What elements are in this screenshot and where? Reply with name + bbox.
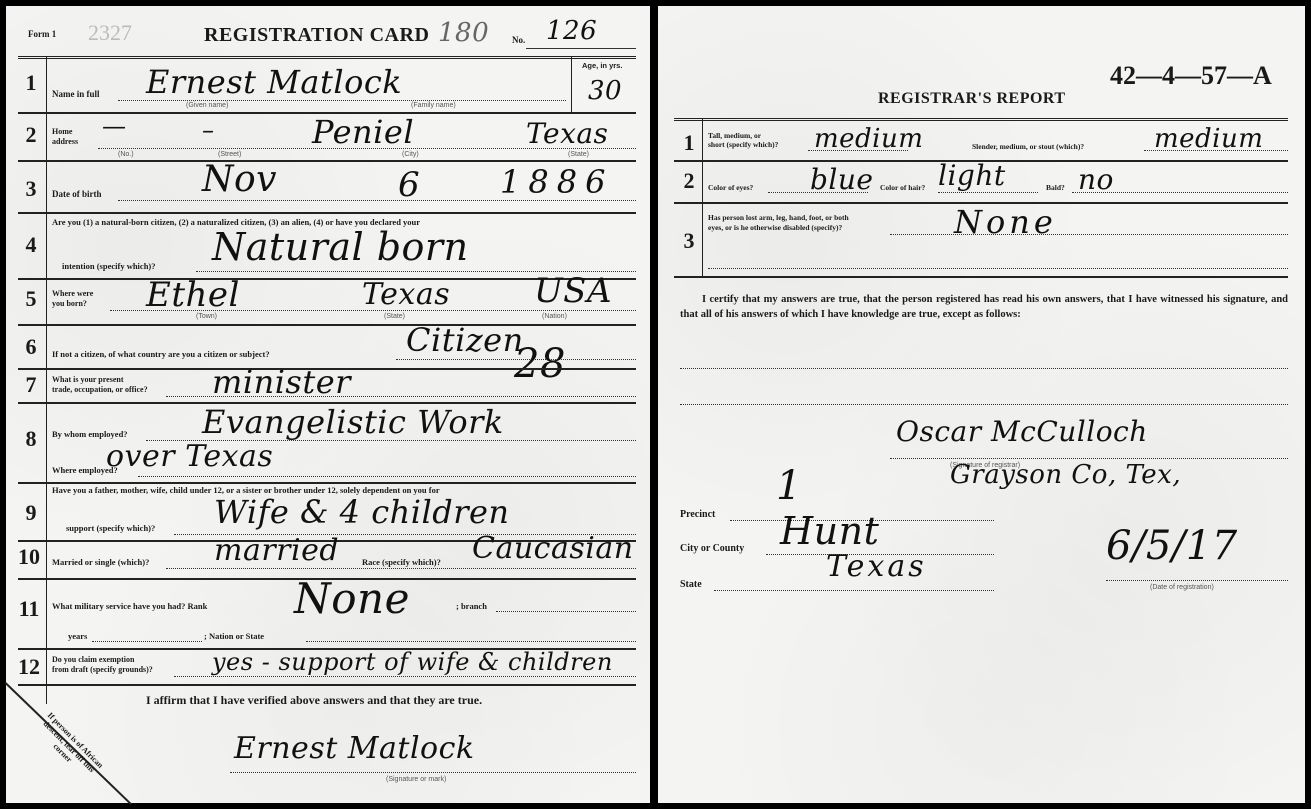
row-number: 11	[16, 596, 42, 622]
caption: (Town)	[196, 313, 217, 320]
race-value: Caucasian	[472, 534, 634, 564]
marital-status-value: married	[214, 536, 339, 566]
address-label: address	[52, 138, 78, 146]
citizenship-label: intention (specify which)?	[62, 262, 156, 271]
row-number: 9	[18, 500, 44, 526]
dob-month-value: Nov	[202, 162, 277, 198]
hair-color-value: light	[938, 162, 1006, 190]
hair-color-label: Color of hair?	[880, 184, 925, 192]
bald-label: Bald?	[1046, 184, 1065, 192]
military-service-label: What military service have you had? Rank	[52, 602, 207, 611]
caption: (State)	[568, 151, 589, 158]
caption: (Street)	[218, 151, 241, 158]
registrars-report: 42—4—57—A REGISTRAR'S REPORT 1 Tall, med…	[658, 6, 1305, 803]
serial-handwritten: 180	[438, 20, 489, 46]
eye-color-value: blue	[810, 166, 873, 194]
dob-label: Date of birth	[52, 190, 102, 199]
registrar-county: Grayson Co, Tex,	[950, 462, 1181, 488]
caption: (Family name)	[411, 102, 456, 109]
state-value: Texas	[826, 552, 927, 582]
foreign-citizen-value: Citizen	[406, 324, 524, 356]
registrant-signature: Ernest Matlock	[234, 734, 475, 764]
row-number: 7	[18, 372, 44, 398]
row-number: 1	[18, 70, 44, 96]
dob-year-value: 1886	[500, 166, 613, 198]
exemption-value: yes - support of wife & children	[212, 650, 613, 674]
tear-corner-note: If person is of African descent, tear of…	[27, 706, 109, 788]
city-county-value: Hunt	[780, 512, 879, 550]
years-label: years	[68, 632, 87, 641]
address-no-value: —	[102, 114, 127, 138]
caption: (City)	[402, 151, 419, 158]
report-title: REGISTRAR'S REPORT	[878, 90, 1066, 108]
row-number: 3	[676, 228, 702, 254]
name-label: Name in full	[52, 90, 100, 99]
branch-label: ; branch	[456, 602, 487, 611]
caption: (State)	[384, 313, 405, 320]
caption: (Given name)	[186, 102, 228, 109]
city-county-label: City or County	[680, 544, 744, 555]
row-number: 5	[18, 286, 44, 312]
row-number: 10	[16, 544, 42, 570]
row-number: 12	[16, 654, 42, 680]
employment-location-value: over Texas	[106, 442, 273, 472]
registration-card: Form 1 2327 REGISTRATION CARD 180 No. 12…	[6, 6, 650, 803]
age-value: 30	[588, 78, 622, 104]
exemption-label-1: Do you claim exemption	[52, 656, 134, 664]
registrar-signature: Oscar McCulloch	[896, 418, 1148, 446]
precinct-value: 1	[776, 466, 802, 506]
disability-value: None	[954, 206, 1057, 238]
race-label: Race (specify which)?	[362, 558, 441, 567]
address-street-value: –	[202, 118, 215, 142]
serial-prefix: No.	[512, 36, 525, 45]
header-rule	[18, 56, 636, 59]
military-service-value: None	[294, 578, 410, 620]
caption: (Nation)	[542, 313, 567, 320]
signature-caption: (Signature or mark)	[386, 776, 446, 783]
row-number: 4	[18, 232, 44, 258]
foreign-citizen-label: If not a citizen, of what country are yo…	[52, 350, 270, 359]
disability-label-1: Has person lost arm, leg, hand, foot, or…	[708, 214, 849, 222]
home-label: Home	[52, 128, 72, 136]
dependents-value: Wife & 4 children	[214, 496, 510, 528]
employer-value: Evangelistic Work	[202, 406, 504, 438]
disability-label-2: eyes, or is he otherwise disabled (speci…	[708, 224, 842, 232]
file-number: 42—4—57—A	[1110, 62, 1272, 89]
birthplace-label-1: Where were	[52, 290, 93, 298]
build-label: Slender, medium, or stout (which)?	[972, 143, 1084, 151]
occupation-label-1: What is your present	[52, 376, 124, 384]
height-label-1: Tall, medium, or	[708, 132, 761, 140]
stamp-number: 2327	[88, 21, 132, 44]
precinct-label: Precinct	[680, 510, 715, 521]
address-city-value: Peniel	[312, 116, 414, 148]
caption: (No.)	[118, 151, 134, 158]
employer-label: By whom employed?	[52, 430, 128, 439]
registration-date-value: 6/5/17	[1106, 526, 1238, 566]
birth-town-value: Ethel	[146, 278, 240, 312]
annotation-number: 28	[514, 344, 566, 384]
row-number: 2	[676, 168, 702, 194]
number-column-divider	[46, 56, 47, 704]
dependents-label: support (specify which)?	[66, 524, 155, 533]
citizenship-value: Natural born	[212, 228, 469, 266]
row-number: 3	[18, 176, 44, 202]
eye-color-label: Color of eyes?	[708, 184, 753, 192]
form-label: Form 1	[28, 30, 56, 39]
build-value: medium	[1154, 126, 1263, 152]
nation-label: ; Nation or State	[204, 632, 264, 641]
row-number: 2	[18, 122, 44, 148]
height-label-2: short (specify which)?	[708, 141, 778, 149]
certification-text: I certify that my answers are true, that…	[680, 292, 1288, 322]
bald-value: no	[1078, 166, 1114, 194]
age-label: Age, in yrs.	[582, 62, 622, 70]
row-number: 1	[676, 130, 702, 156]
birth-state-value: Texas	[362, 280, 450, 310]
occupation-value: minister	[212, 366, 351, 398]
serial-number: 126	[546, 18, 597, 44]
row-number: 8	[18, 426, 44, 452]
marital-status-label: Married or single (which)?	[52, 558, 149, 567]
occupation-label-2: trade, occupation, or office?	[52, 386, 148, 394]
birth-nation-value: USA	[534, 274, 612, 308]
exemption-label-2: from draft (specify grounds)?	[52, 666, 153, 674]
name-value: Ernest Matlock	[146, 66, 402, 98]
address-state-value: Texas	[526, 120, 608, 148]
state-label: State	[680, 580, 702, 591]
registration-date-caption: (Date of registration)	[1150, 584, 1214, 591]
height-value: medium	[814, 126, 923, 152]
birthplace-label-2: you born?	[52, 300, 87, 308]
row-number: 6	[18, 334, 44, 360]
affirmation-text: I affirm that I have verified above answ…	[146, 694, 482, 707]
card-title: REGISTRATION CARD	[204, 24, 429, 47]
dob-day-value: 6	[398, 168, 420, 202]
